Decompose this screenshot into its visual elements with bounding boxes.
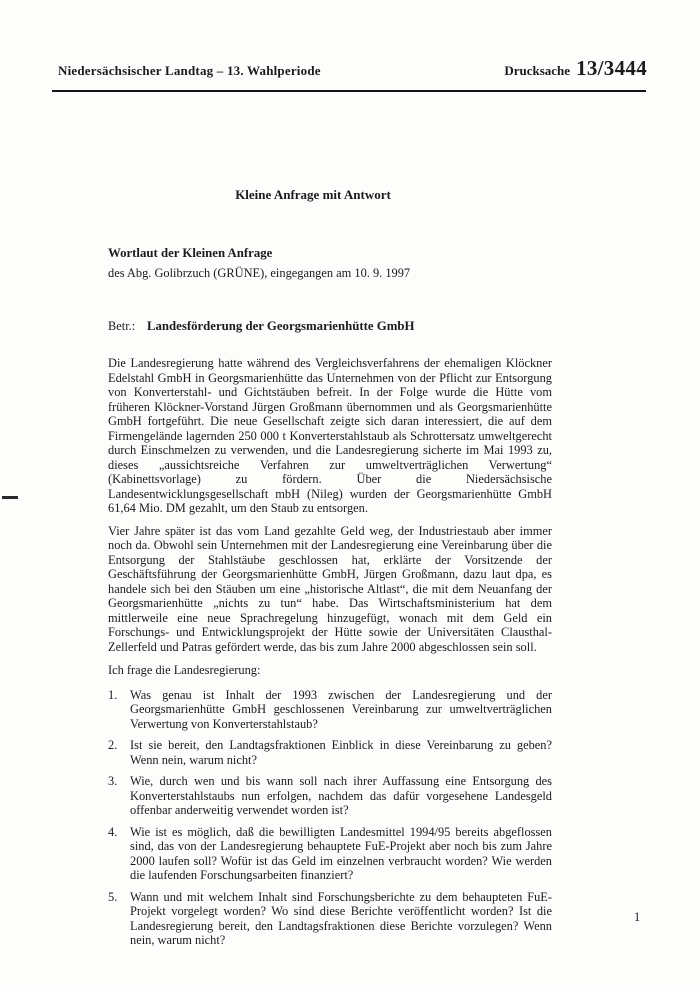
header-divider-rule <box>52 90 646 92</box>
question-number: 4. <box>108 825 130 883</box>
header-drucksache: Drucksache 13/3444 <box>504 56 647 81</box>
prompt-line: Ich frage die Landesregierung: <box>108 663 552 678</box>
question-text: Wann und mit welchem Inhalt sind Forschu… <box>130 890 552 948</box>
question-item: 3. Wie, durch wen und bis wann soll nach… <box>108 774 552 818</box>
question-number: 5. <box>108 890 130 948</box>
document-page: Niedersächsischer Landtag – 13. Wahlperi… <box>0 0 700 990</box>
question-text: Wie, durch wen und bis wann soll nach ih… <box>130 774 552 818</box>
question-item: 4. Wie ist es möglich, daß die bewilligt… <box>108 825 552 883</box>
question-number: 1. <box>108 688 130 732</box>
question-item: 1. Was genau ist Inhalt der 1993 zwische… <box>108 688 552 732</box>
question-text: Wie ist es möglich, daß die bewilligten … <box>130 825 552 883</box>
header-parliament-title: Niedersächsischer Landtag – 13. Wahlperi… <box>58 63 321 79</box>
drucksache-number: 13/3444 <box>576 56 647 81</box>
subject-row: Betr.: Landesförderung der Georgsmarienh… <box>108 319 552 334</box>
question-item: 5. Wann und mit welchem Inhalt sind Fors… <box>108 890 552 948</box>
paragraph-background-2: Vier Jahre später ist das vom Land gezah… <box>108 524 552 655</box>
question-list: 1. Was genau ist Inhalt der 1993 zwische… <box>108 688 552 948</box>
subject-label: Betr.: <box>108 319 147 334</box>
subject-text: Landesförderung der Georgsmarienhütte Gm… <box>147 319 414 334</box>
drucksache-label: Drucksache <box>504 63 570 79</box>
document-body: Die Landesregierung hatte während des Ve… <box>108 356 552 955</box>
paragraph-background-1: Die Landesregierung hatte während des Ve… <box>108 356 552 516</box>
page-header: Niedersächsischer Landtag – 13. Wahlperi… <box>58 56 647 81</box>
fold-mark <box>2 496 18 499</box>
question-text: Was genau ist Inhalt der 1993 zwischen d… <box>130 688 552 732</box>
page-number: 1 <box>634 910 640 925</box>
section-heading-wortlaut: Wortlaut der Kleinen Anfrage <box>108 246 272 261</box>
question-number: 2. <box>108 738 130 767</box>
question-item: 2. Ist sie bereit, den Landtagsfraktione… <box>108 738 552 767</box>
submitter-line: des Abg. Golibrzuch (GRÜNE), eingegangen… <box>108 266 410 281</box>
question-text: Ist sie bereit, den Landtagsfraktionen E… <box>130 738 552 767</box>
document-title: Kleine Anfrage mit Antwort <box>108 187 552 203</box>
question-number: 3. <box>108 774 130 818</box>
